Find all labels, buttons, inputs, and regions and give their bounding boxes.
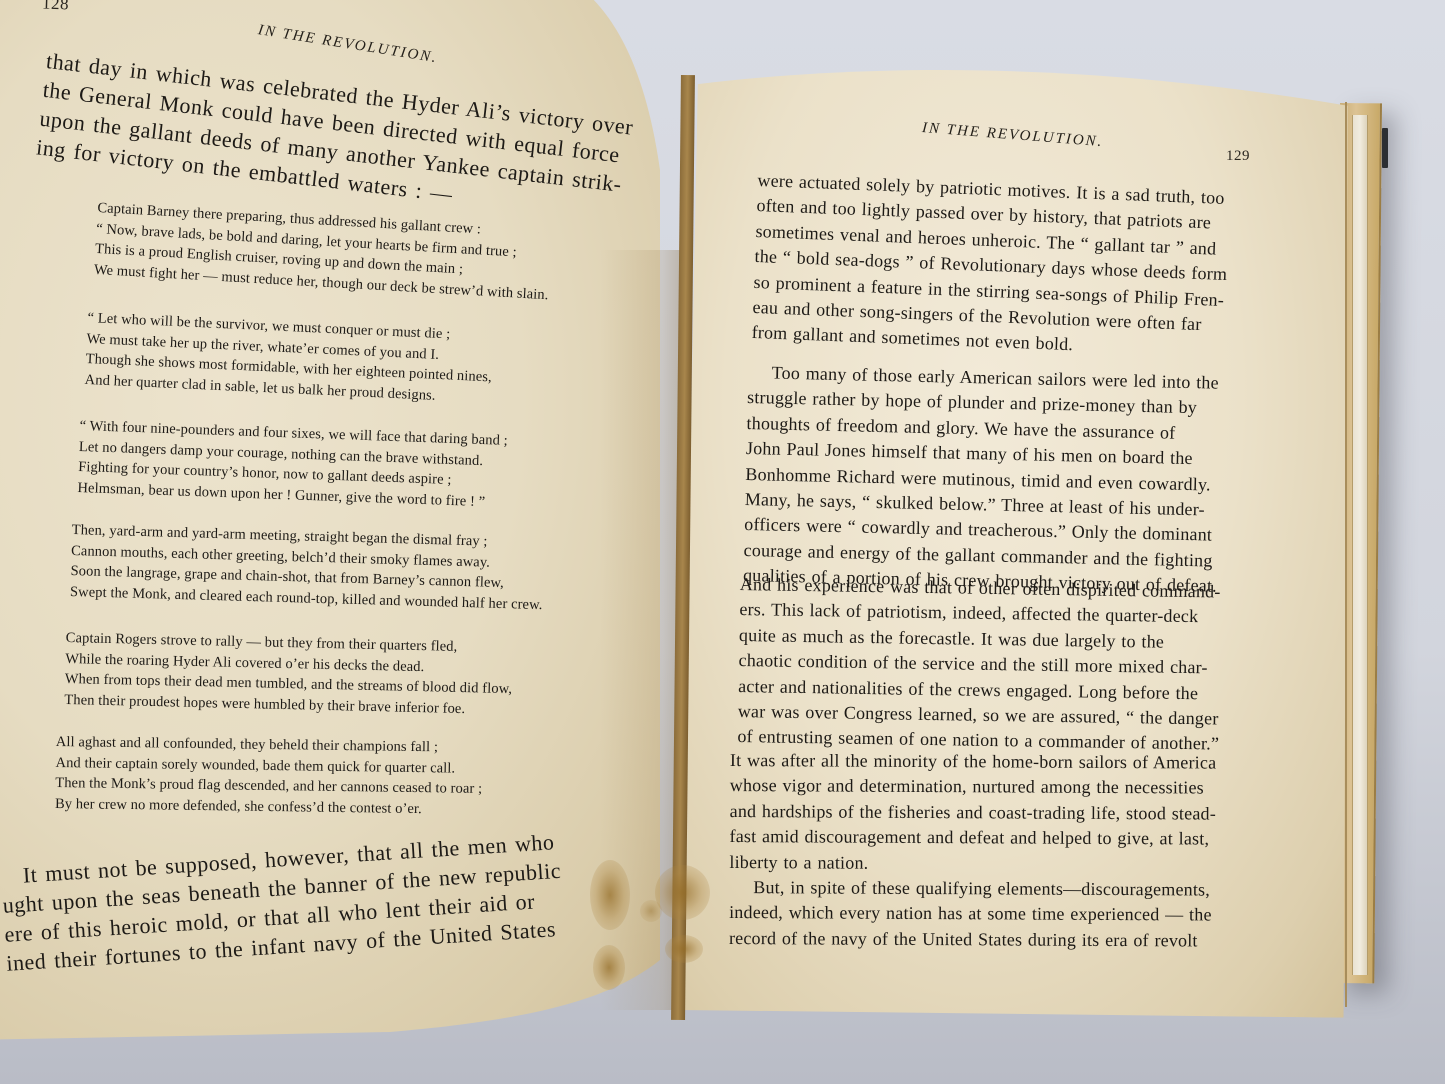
poem-stanza: Then, yard-arm and yard-arm meeting, str… (70, 520, 545, 616)
poem-block-6: All aghast and all confounded, they behe… (55, 732, 483, 840)
right-page-text-4: It was after all the minority of the hom… (729, 748, 1216, 954)
poem-stanza: Captain Rogers strove to rally — but the… (64, 628, 513, 721)
page-stack-edge (1352, 115, 1368, 975)
right-page-number: 129 (1226, 148, 1250, 165)
poem-stanza: All aghast and all confounded, they behe… (55, 732, 483, 820)
poem-block-5: Captain Rogers strove to rally — but the… (64, 628, 514, 740)
text-line: record of the navy of the United States … (729, 926, 1215, 954)
poem-stanza: “ Let who will be the survivor, we must … (84, 308, 494, 409)
text-line: and hardships of the fisheries and coast… (730, 799, 1216, 827)
cover-spine-edge (1382, 128, 1388, 168)
text-line: indeed, which every nation has at some t… (729, 900, 1215, 928)
poem-block-2: “ Let who will be the survivor, we must … (83, 308, 494, 429)
text-line: It was after all the minority of the hom… (730, 748, 1216, 776)
text-line: But, in spite of these qualifying elemen… (729, 875, 1215, 903)
poem-stanza: “ With four nine-pounders and four sixes… (77, 416, 508, 513)
poem-block-4: Then, yard-arm and yard-arm meeting, str… (69, 520, 544, 636)
text-line: whose vigor and determination, nurtured … (730, 773, 1216, 801)
text-line: fast amid discouragement and defeat and … (729, 824, 1215, 852)
poem-block-3: “ With four nine-pounders and four sixes… (76, 416, 508, 533)
text-line: liberty to a nation. (729, 850, 1215, 878)
right-page-text: were actuated solely by patriotic motive… (751, 168, 1230, 364)
right-page-edge (1345, 102, 1347, 1007)
right-page-text-2: Too many of those early American sailors… (743, 360, 1222, 599)
right-page-text-3: And his experience was that of other oft… (737, 572, 1221, 757)
left-page-number: 128 (42, 0, 70, 14)
